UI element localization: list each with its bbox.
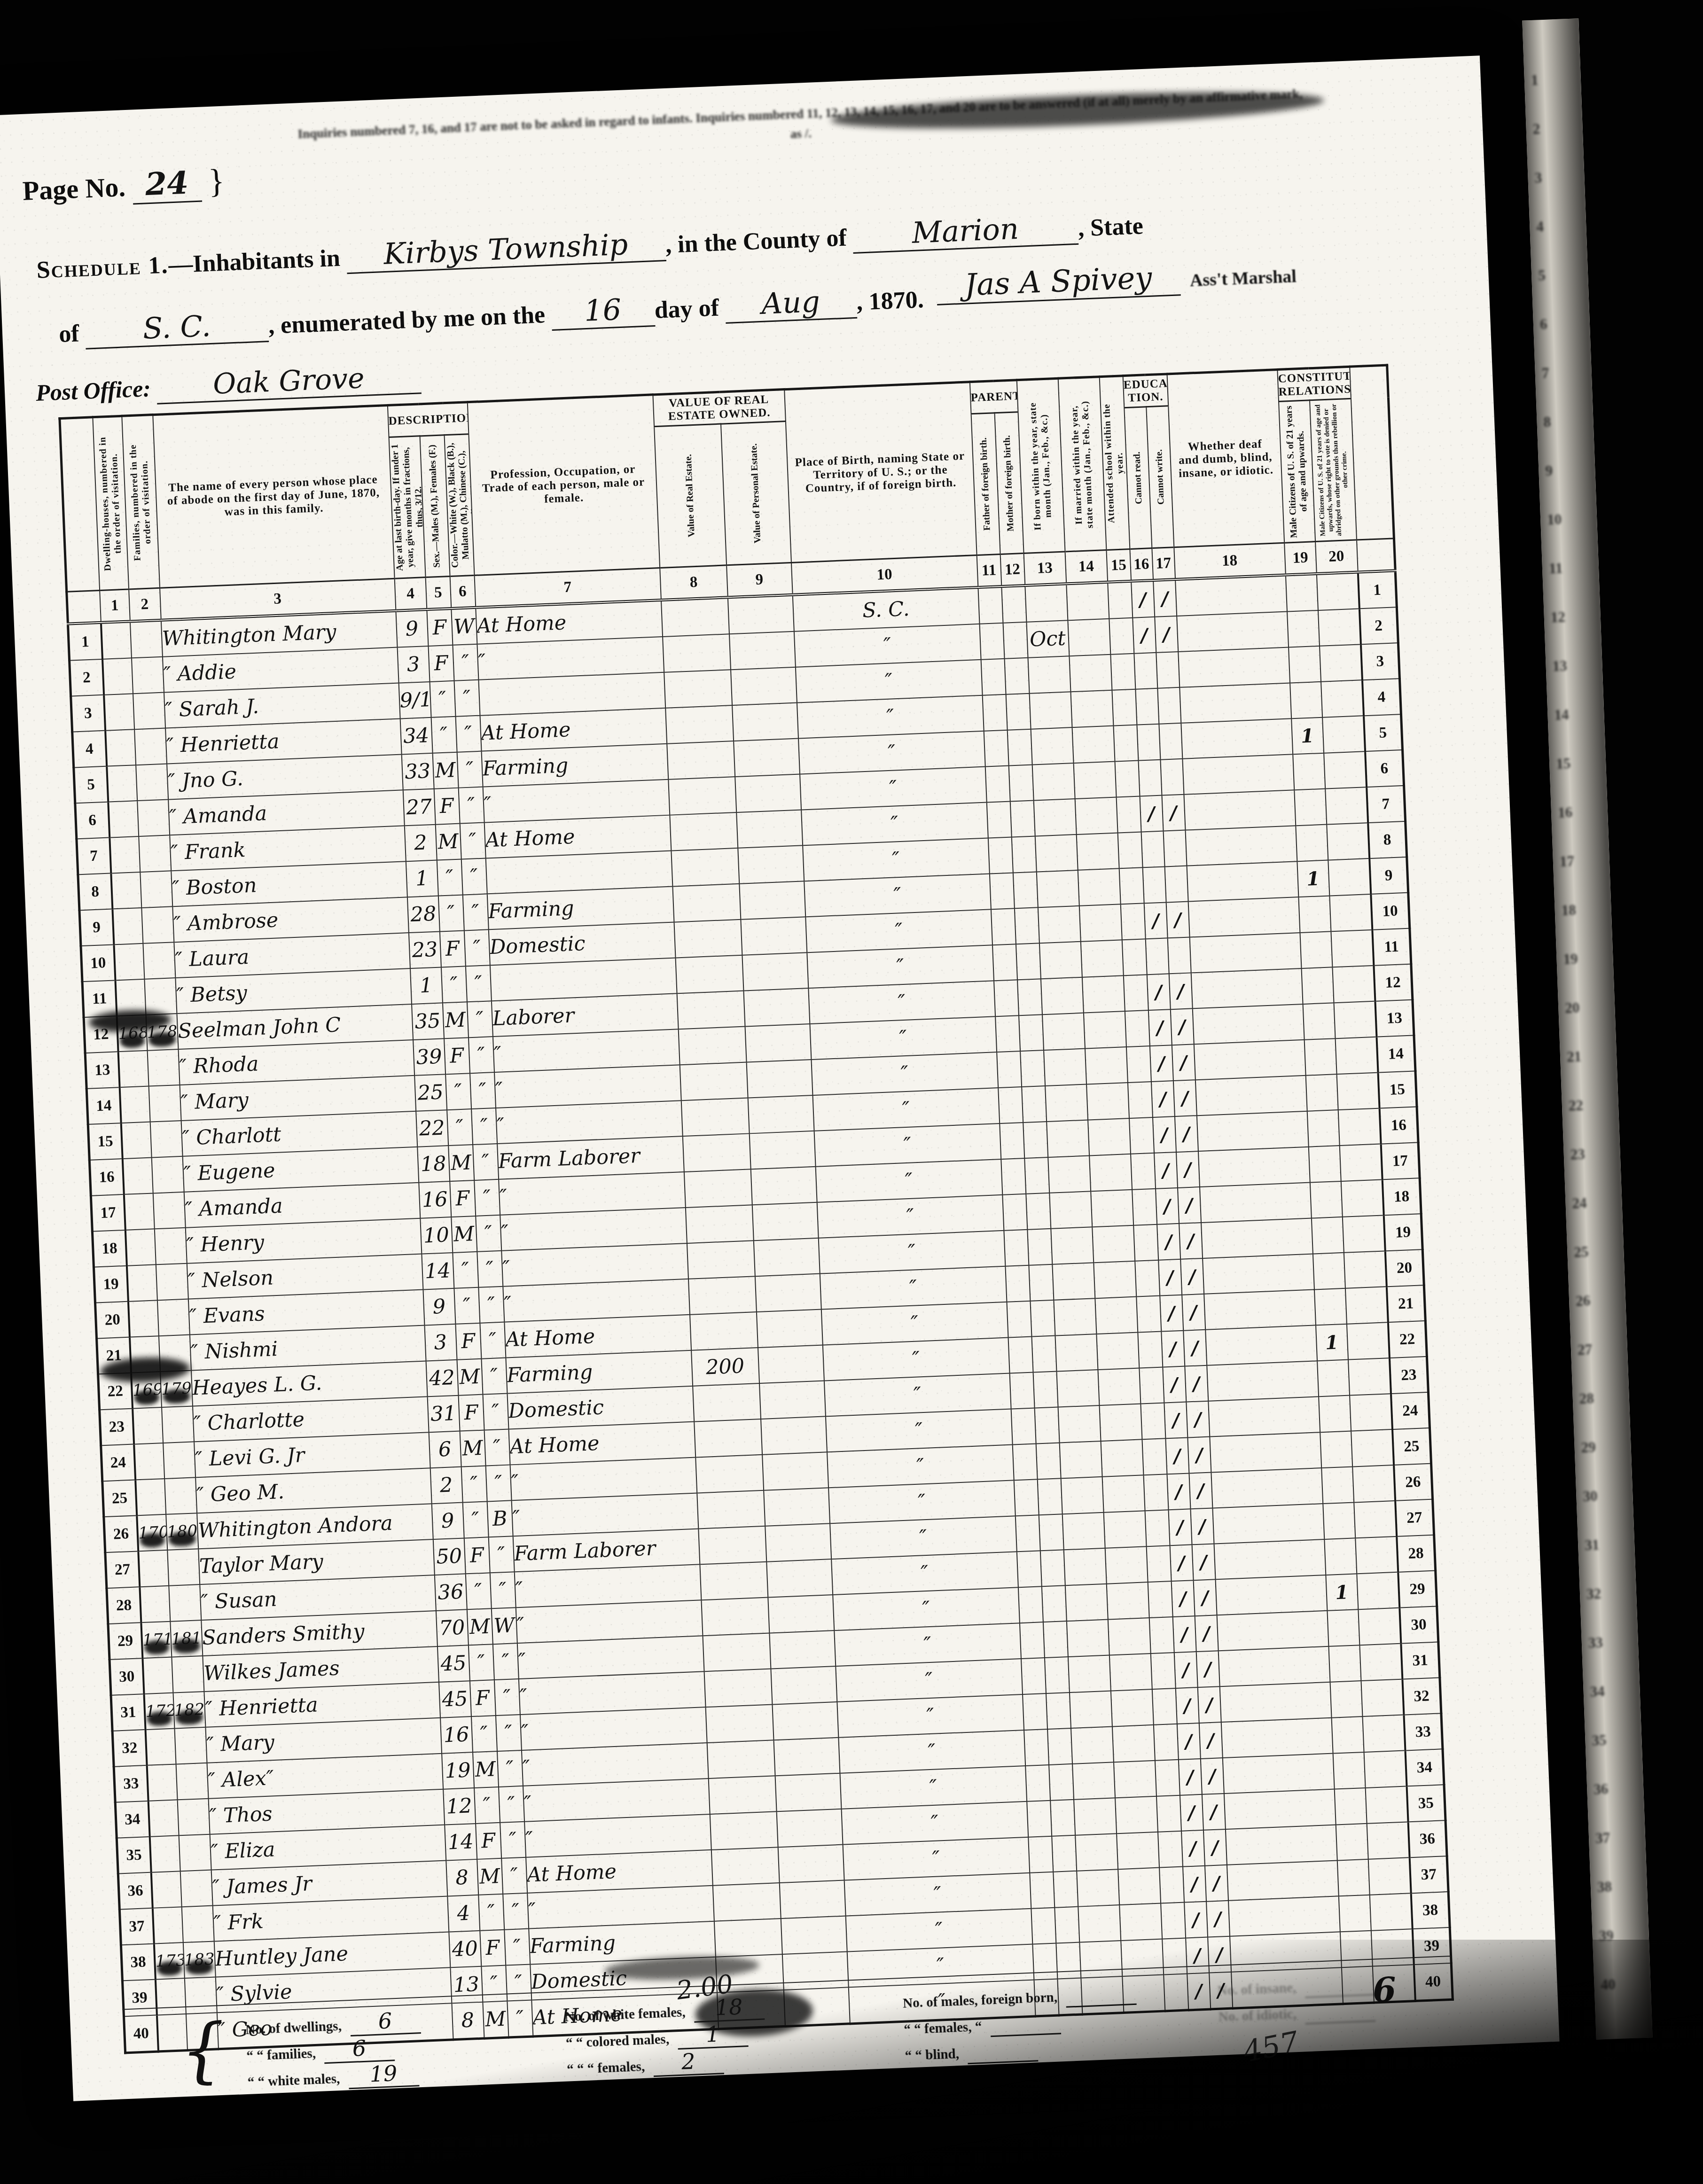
adjacent-row-number: 19	[1559, 949, 1617, 1000]
cell-cannot-write: /	[1187, 1437, 1211, 1474]
cell-cannot-read: /	[1163, 1366, 1186, 1403]
cell-age: 45	[438, 1681, 471, 1718]
cell-mother-foreign	[1008, 765, 1033, 802]
cell-family	[153, 1192, 185, 1229]
cell-color: ″	[478, 1287, 504, 1323]
cell-disability	[1194, 1040, 1305, 1080]
cell-age: 36	[434, 1574, 467, 1611]
adjacent-row-number: 39	[1595, 1926, 1653, 1976]
cell-color: ″	[465, 965, 491, 1002]
cell-age: 19	[442, 1752, 474, 1789]
cell-personal-estate	[750, 1167, 817, 1205]
col-num-19: 19	[1292, 549, 1308, 566]
col-num-3: 3	[273, 590, 282, 608]
row-number: 36	[118, 1872, 152, 1910]
cell-disability	[1218, 1646, 1330, 1686]
cell-real-estate	[688, 1276, 757, 1315]
year-suffix: , 1870.	[856, 286, 924, 316]
cell-married-month	[1068, 619, 1110, 656]
row-number-right: 20	[1385, 1249, 1424, 1287]
cell-school	[1113, 725, 1138, 762]
cell-father-foreign	[1004, 1230, 1029, 1266]
cell-cannot-read: /	[1151, 1081, 1174, 1117]
adjacent-row-number: 21	[1563, 1047, 1621, 1098]
col-desc-8: Value of Real Estate.	[683, 454, 697, 538]
ink-blot	[173, 1639, 200, 1654]
schedule-label: Schedule 1.	[36, 252, 169, 284]
cell-family	[163, 1442, 195, 1479]
state-suffix: , State	[1078, 212, 1144, 242]
cell-personal-estate	[736, 810, 803, 848]
cell-cannot-read: /	[1172, 1616, 1196, 1653]
cell-father-foreign	[1024, 1729, 1049, 1766]
cell-age: 9/12	[398, 682, 431, 719]
cell-vote-denied	[1334, 1001, 1376, 1038]
col-desc-11: Father of foreign birth.	[978, 437, 993, 531]
col-num-9: 9	[755, 571, 764, 588]
ink-blot	[163, 1389, 190, 1404]
cell-male-citizen: 1	[1297, 860, 1329, 897]
cell-born-month	[1071, 1726, 1114, 1763]
cell-father-foreign	[1018, 1586, 1043, 1623]
cell-color: ″	[471, 1108, 497, 1145]
col-num-6: 6	[458, 583, 467, 600]
cell-cannot-write	[1160, 759, 1184, 796]
cell-mother-foreign	[1010, 801, 1035, 837]
cell-cannot-write: /	[1206, 1901, 1230, 1937]
cell-born-month	[1055, 1334, 1098, 1371]
cell-school	[1150, 1653, 1175, 1689]
cell-male-citizen	[1321, 1466, 1354, 1504]
cell-personal-estate	[779, 1880, 845, 1919]
cell-real-estate	[675, 955, 743, 994]
cell-married-month	[1079, 904, 1122, 941]
row-number-right: 6	[1365, 750, 1404, 787]
cell-age: 3	[424, 1324, 457, 1361]
cell-disability	[1175, 575, 1287, 616]
cell-cannot-read	[1145, 938, 1169, 975]
cell-born-month	[1054, 1298, 1096, 1335]
col-desc-10: Place of Birth, naming State or Territor…	[787, 445, 974, 500]
cell-color: ″	[457, 751, 483, 788]
cell-age: 8	[446, 1859, 478, 1896]
row-number-right: 17	[1381, 1142, 1420, 1179]
cell-sex: M	[435, 824, 461, 860]
cell-age: 25	[414, 1074, 447, 1111]
cell-school	[1126, 1046, 1151, 1083]
cell-cannot-read: /	[1148, 1009, 1172, 1046]
cell-family: 182	[173, 1692, 205, 1729]
cell-color: ″	[481, 1358, 507, 1395]
row-number-right: 28	[1397, 1535, 1436, 1572]
cell-cannot-read	[1138, 760, 1162, 796]
cell-married-month	[1082, 975, 1125, 1013]
cell-cannot-read: /	[1183, 1866, 1206, 1903]
cell-personal-estate	[735, 774, 801, 812]
cell-family	[164, 1477, 197, 1514]
cell-cannot-read: /	[1160, 1295, 1183, 1332]
cell-dwelling	[142, 1657, 173, 1694]
cell-male-citizen	[1338, 1895, 1371, 1932]
cell-cannot-read: /	[1177, 1723, 1200, 1760]
cell-mother-foreign	[1034, 1407, 1059, 1444]
cell-male-citizen	[1320, 1431, 1352, 1468]
cell-cannot-read: /	[1180, 1794, 1203, 1831]
post-office-label: Post Office:	[35, 375, 151, 406]
cell-father-foreign	[1011, 1408, 1036, 1445]
cell-school	[1110, 654, 1135, 690]
cell-cannot-write: /	[1178, 1187, 1201, 1224]
cell-family: 181	[170, 1620, 203, 1657]
cell-real-estate	[714, 1919, 782, 1957]
cell-cannot-write: /	[1155, 616, 1178, 653]
cell-married-month	[1085, 1047, 1128, 1084]
cell-color: ″	[495, 1715, 521, 1751]
cell-color: ″	[474, 1179, 500, 1216]
cell-personal-estate	[775, 1773, 841, 1811]
cell-father-foreign	[1015, 1515, 1040, 1552]
enumeration-line: of S. C., enumerated by me on the 16day …	[58, 280, 924, 351]
row-number-right: 12	[1374, 964, 1413, 1001]
cell-cannot-read: /	[1149, 1045, 1173, 1082]
col-num-8: 8	[689, 573, 698, 591]
cell-color: ″	[470, 1072, 496, 1109]
adjacent-row-number: 35	[1588, 1731, 1646, 1781]
cell-mother-foreign	[1047, 1728, 1072, 1765]
row-number-right: 37	[1409, 1856, 1448, 1893]
cell-vote-denied	[1324, 751, 1367, 788]
adjacent-row-number: 30	[1579, 1486, 1637, 1537]
cell-disability	[1214, 1539, 1326, 1579]
row-number-right: 10	[1371, 893, 1410, 930]
row-number-right: 1	[1358, 570, 1397, 608]
cell-sex: F	[469, 1680, 495, 1716]
cell-dwelling	[111, 872, 141, 909]
marshal-title: Ass't Marshal	[1189, 266, 1297, 290]
cell-personal-estate	[743, 988, 810, 1026]
cell-school	[1129, 1117, 1154, 1154]
cell-dwelling	[140, 1586, 170, 1622]
cell-family	[131, 657, 164, 694]
cell-real-estate	[664, 670, 732, 708]
cell-born-month	[1066, 1620, 1109, 1657]
row-number: 10	[81, 944, 115, 982]
cell-age: 14	[445, 1824, 477, 1861]
cell-married-month	[1108, 1618, 1150, 1655]
cell-family	[176, 1763, 208, 1800]
cell-school	[1131, 1153, 1156, 1190]
cell-family	[156, 1264, 188, 1301]
col-num-10: 10	[876, 566, 892, 583]
cell-family	[154, 1228, 187, 1265]
cell-vote-denied	[1344, 1251, 1386, 1288]
signature-line: Jas A Spivey Ass't Marshal	[936, 255, 1297, 304]
cell-sex: ″	[465, 1573, 491, 1609]
cell-married-month	[1103, 1511, 1146, 1548]
cell-married-month	[1075, 797, 1117, 835]
cell-mother-foreign	[1041, 1585, 1066, 1622]
cell-vote-denied	[1339, 1144, 1382, 1181]
cell-family	[141, 906, 174, 944]
row-number-right: 29	[1398, 1571, 1437, 1608]
adjacent-row-number: 26	[1572, 1291, 1630, 1342]
row-number: 6	[75, 802, 109, 839]
cell-born-month	[1062, 1513, 1105, 1550]
cell-mother-foreign	[1050, 1800, 1075, 1836]
cell-school	[1156, 1795, 1181, 1832]
cell-family	[181, 1906, 214, 1943]
cell-born-month	[1045, 1084, 1088, 1122]
adjacent-row-number: 37	[1591, 1828, 1649, 1879]
cell-sex: F	[444, 1037, 470, 1074]
cell-cannot-write: /	[1189, 1473, 1212, 1509]
cell-mother-foreign	[1053, 1871, 1078, 1908]
cell-mother-foreign	[1055, 1907, 1079, 1943]
cell-male-citizen	[1317, 1360, 1350, 1397]
cell-male-citizen	[1330, 1681, 1362, 1718]
cell-real-estate	[711, 1847, 779, 1886]
adjacent-row-number: 31	[1581, 1535, 1639, 1586]
cell-dwelling	[121, 1122, 151, 1159]
cell-mother-foreign	[1052, 1835, 1077, 1872]
ink-blot	[134, 1390, 159, 1405]
cell-school	[1109, 618, 1134, 655]
row-number: 37	[119, 1908, 154, 1945]
cell-dwelling	[126, 1264, 157, 1301]
summary-label: “ “ “ females,	[567, 2059, 645, 2078]
row-number: 4	[72, 731, 107, 768]
adjacent-row-number: 9	[1541, 460, 1600, 511]
cell-color: ″	[501, 1857, 527, 1894]
cell-personal-estate	[759, 1381, 826, 1419]
cell-cannot-write: /	[1202, 1794, 1225, 1830]
cell-color: ″	[458, 787, 484, 824]
cell-vote-denied	[1316, 572, 1359, 610]
cell-sex: ″	[430, 681, 455, 718]
col-num-15: 15	[1110, 556, 1126, 574]
cell-school	[1123, 975, 1148, 1011]
cell-dwelling	[128, 1300, 158, 1337]
cell-male-citizen	[1319, 1396, 1351, 1433]
cell-personal-estate	[729, 632, 795, 670]
cell-age: 18	[417, 1146, 450, 1183]
cell-school	[1115, 761, 1140, 797]
cell-vote-denied	[1325, 787, 1368, 824]
cell-mother-foreign	[1019, 1014, 1044, 1051]
cell-cannot-write: /	[1205, 1865, 1228, 1902]
cell-disability	[1222, 1754, 1334, 1794]
cell-cannot-write: /	[1195, 1615, 1218, 1652]
cell-cannot-read: /	[1170, 1544, 1193, 1581]
cell-cannot-write: /	[1179, 1223, 1203, 1259]
cell-married-month	[1099, 1404, 1142, 1441]
cell-born-month	[1052, 1263, 1095, 1300]
cell-sex: M	[442, 1002, 468, 1038]
cell-school	[1136, 1296, 1161, 1333]
cell-male-citizen	[1289, 646, 1321, 683]
census-table: Dwelling-houses, numbered in the order o…	[58, 364, 1454, 2054]
summary-label: No. of idiotic,	[1218, 2006, 1297, 2025]
cell-born-month	[1059, 1441, 1102, 1478]
cell-mother-foreign	[1007, 729, 1032, 766]
cell-family	[130, 620, 162, 658]
brace-flourish: {	[179, 2009, 227, 2092]
cell-cannot-write	[1167, 937, 1191, 974]
cell-born-month	[1033, 799, 1076, 836]
cell-mother-foreign	[1044, 1657, 1069, 1693]
cell-disability	[1217, 1611, 1328, 1651]
cell-married-month	[1086, 1083, 1129, 1120]
cell-mother-foreign	[1026, 1193, 1051, 1230]
cell-family	[172, 1656, 204, 1693]
cell-father-foreign	[1025, 1765, 1050, 1802]
cell-real-estate	[674, 920, 742, 958]
col-desc-12: Mother of foreign birth.	[1001, 435, 1016, 531]
cell-vote-denied	[1357, 1572, 1399, 1609]
adjacent-row-number: 15	[1552, 754, 1610, 804]
cell-born-month	[1029, 692, 1072, 729]
cell-school	[1146, 1545, 1171, 1582]
cell-cannot-read: /	[1181, 1830, 1205, 1867]
col-num-2: 2	[141, 595, 149, 613]
cell-real-estate	[671, 848, 739, 887]
cell-real-estate	[707, 1740, 775, 1778]
col-num-7: 7	[563, 578, 572, 596]
cell-age: 31	[427, 1396, 460, 1433]
cell-cannot-write: /	[1180, 1258, 1204, 1295]
cell-father-foreign	[1030, 1872, 1055, 1909]
cell-family	[167, 1549, 200, 1586]
cell-father-foreign	[1027, 1801, 1052, 1837]
adjacent-row-number: 13	[1548, 656, 1607, 707]
cell-cannot-read: /	[1154, 1152, 1178, 1189]
cell-dwelling: 173	[154, 1942, 184, 1979]
cell-father-foreign	[991, 908, 1016, 945]
cell-personal-estate	[756, 1310, 822, 1348]
cell-born-month	[1058, 1405, 1101, 1443]
cell-sex: ″	[461, 1466, 487, 1503]
cell-dwelling	[105, 729, 136, 766]
cell-real-estate	[708, 1776, 776, 1814]
cell-age: 16	[440, 1716, 473, 1754]
cell-father-foreign	[979, 623, 1004, 660]
summary-label: “ “ females, “	[904, 2019, 982, 2038]
cell-color: ″	[473, 1144, 499, 1180]
cell-real-estate	[682, 1133, 750, 1172]
cell-real-estate	[665, 705, 734, 744]
cell-born-month	[1051, 1227, 1094, 1264]
row-number: 5	[74, 766, 108, 803]
cell-school	[1158, 1831, 1183, 1868]
row-number-right: 34	[1405, 1749, 1444, 1786]
cell-married-month	[1083, 1011, 1126, 1048]
cell-mother-foreign	[1020, 1050, 1045, 1087]
cell-disability	[1207, 1361, 1319, 1401]
cell-male-citizen	[1303, 1003, 1335, 1040]
scrawl-457: 457	[1241, 2025, 1302, 2069]
cell-dwelling	[148, 1800, 179, 1836]
cell-real-estate	[695, 1455, 764, 1493]
cell-family	[140, 871, 172, 908]
row-number: 9	[79, 909, 114, 946]
cell-father-foreign	[1028, 1836, 1053, 1873]
row-number-right: 22	[1388, 1321, 1427, 1358]
cell-cannot-write: /	[1169, 973, 1192, 1009]
cell-male-citizen	[1334, 1788, 1367, 1825]
row-number: 38	[121, 1944, 155, 1981]
cell-vote-denied	[1359, 1644, 1402, 1681]
row-number-right: 38	[1411, 1892, 1450, 1929]
cell-married-month	[1072, 726, 1115, 763]
cell-color: ″	[494, 1679, 520, 1716]
cell-vote-denied	[1365, 1786, 1408, 1823]
cell-mother-foreign	[1024, 1157, 1049, 1194]
cell-cannot-write: /	[1192, 1544, 1215, 1580]
cell-father-foreign	[998, 1087, 1023, 1123]
cell-color: ″	[453, 644, 478, 681]
ink-blot	[169, 1532, 195, 1547]
cell-school	[1161, 1903, 1186, 1939]
summary-line: No. of dwellings,6	[245, 2005, 421, 2038]
cell-male-citizen	[1301, 967, 1334, 1004]
row-number-right: 2	[1359, 607, 1398, 644]
row-number: 34	[115, 1801, 149, 1838]
cell-school	[1122, 939, 1147, 975]
cell-family	[177, 1799, 210, 1836]
summary-line: No. of white females,18	[564, 1991, 765, 2025]
cell-real-estate	[684, 1169, 752, 1208]
cell-personal-estate	[741, 917, 807, 955]
cell-married-month	[1092, 1225, 1135, 1263]
cell-born-month	[1042, 1013, 1085, 1050]
adjacent-row-number: 20	[1561, 998, 1619, 1049]
cell-real-estate	[704, 1669, 772, 1708]
cell-disability	[1196, 1111, 1308, 1151]
cell-cannot-write: /	[1183, 1330, 1207, 1366]
cell-personal-estate	[762, 1452, 828, 1490]
cell-sex: ″	[468, 1644, 494, 1681]
cell-born-month	[1047, 1120, 1089, 1157]
cell-color: ″	[483, 1394, 508, 1430]
cell-father-foreign	[984, 730, 1008, 767]
row-number: 13	[85, 1052, 119, 1089]
cell-disability	[1201, 1218, 1313, 1258]
cell-dwelling	[138, 1550, 169, 1587]
marshal-signature: Jas A Spivey	[936, 259, 1181, 305]
col-desc-1: Dwelling-houses, numbered in the order o…	[97, 436, 124, 572]
cell-family	[137, 799, 170, 836]
row-number: 7	[77, 838, 111, 875]
cell-sex: M	[473, 1751, 499, 1788]
cell-family	[136, 764, 168, 801]
cell-cannot-write: /	[1196, 1651, 1219, 1687]
of-label: of	[58, 320, 80, 348]
post-office-field: Oak Grove	[156, 359, 422, 405]
summary-value	[1305, 2020, 1376, 2024]
cell-sex: M	[467, 1608, 492, 1645]
cell-disability	[1215, 1575, 1327, 1615]
cell-father-foreign	[1021, 1658, 1046, 1694]
cell-male-citizen	[1324, 1538, 1357, 1575]
col-desc-16: Cannot read.	[1132, 452, 1144, 505]
cell-cannot-write: /	[1172, 1044, 1195, 1081]
cell-dwelling: 170	[137, 1514, 167, 1551]
cell-male-citizen	[1293, 753, 1325, 790]
row-number: 16	[89, 1159, 124, 1196]
cell-personal-estate	[749, 1131, 815, 1169]
col-num-14: 14	[1078, 558, 1094, 575]
cell-born-month	[1039, 942, 1082, 979]
